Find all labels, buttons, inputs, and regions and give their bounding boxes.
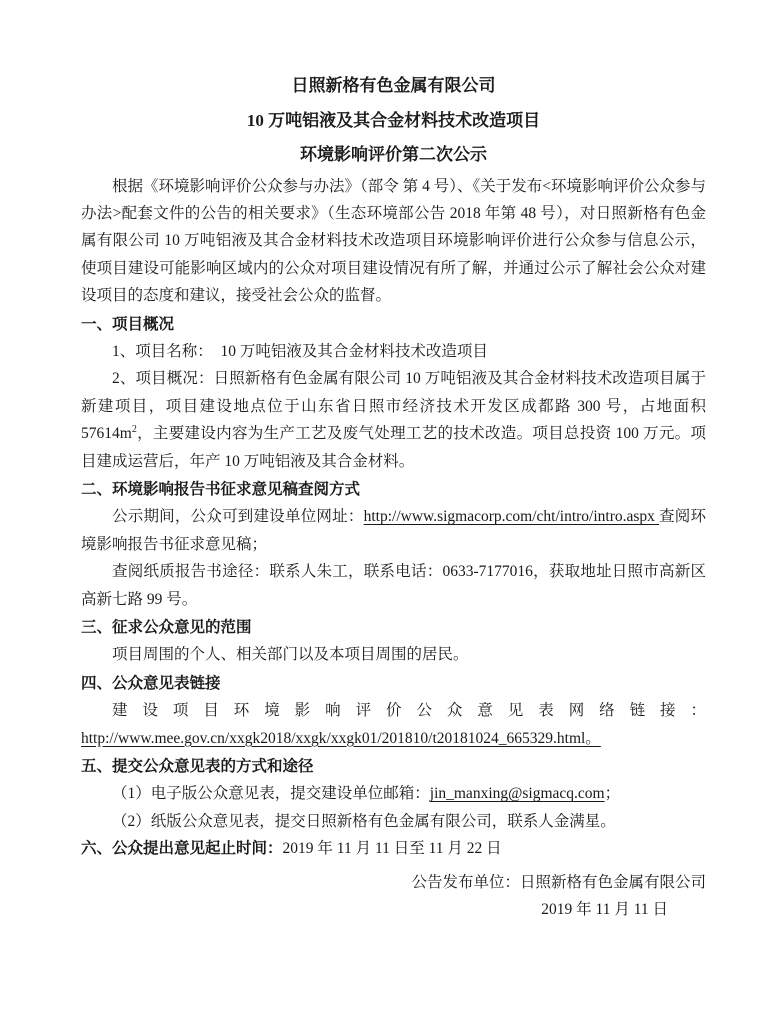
document-page: 日照新格有色金属有限公司 10 万吨铝液及其合金材料技术改造项目 环境影响评价第…: [0, 0, 768, 1018]
document-title-project: 10 万吨铝液及其合金材料技术改造项目: [81, 104, 706, 139]
contact-email-link[interactable]: jin_manxing@sigmacq.com: [430, 785, 605, 802]
section-2-online-access-paragraph: 公示期间，公众可到建设单位网址：http://www.sigmacorp.com…: [81, 503, 706, 558]
section-5-item-paper: （2）纸版公众意见表，提交日照新格有色金属有限公司，联系人金满星。: [81, 808, 706, 835]
section-6-heading: 六、公众提出意见起止时间：: [81, 840, 283, 857]
section-1-heading: 一、项目概况: [81, 311, 706, 338]
mee-feedback-form-link[interactable]: http://www.mee.gov.cn/xxgk2018/xxgk/xxgk…: [81, 730, 601, 747]
section-4-link-line: http://www.mee.gov.cn/xxgk2018/xxgk/xxgk…: [81, 725, 706, 752]
publish-date-line: 2019 年 11 月 11 日: [81, 896, 706, 923]
section-4-link-label: 建设项目环境影响评价公众意见表网络链接：: [81, 697, 706, 724]
section-2-heading: 二、环境影响报告书征求意见稿查阅方式: [81, 476, 706, 503]
section-3-heading: 三、征求公众意见的范围: [81, 614, 706, 641]
section-2-paper-access-paragraph: 查阅纸质报告书途径：联系人朱工，联系电话：0633-7177016，获取地址日照…: [81, 558, 706, 613]
document-title-notice: 环境影响评价第二次公示: [81, 138, 706, 173]
section-5-item-electronic: （1）电子版公众意见表，提交建设单位邮箱：jin_manxing@sigmacq…: [81, 780, 706, 807]
intro-paragraph: 根据《环境影响评价公众参与办法》（部令 第 4 号）、《关于发布<环境影响评价公…: [81, 173, 706, 310]
section-6-line: 六、公众提出意见起止时间：2019 年 11 月 11 日至 11 月 22 日: [81, 835, 706, 862]
section-3-scope-paragraph: 项目周围的个人、相关部门以及本项目周围的居民。: [81, 641, 706, 668]
company-website-link[interactable]: http://www.sigmacorp.com/cht/intro/intro…: [364, 508, 659, 525]
section-4-heading: 四、公众意见表链接: [81, 670, 706, 697]
document-title-company: 日照新格有色金属有限公司: [81, 69, 706, 104]
online-access-text: 公示期间，公众可到建设单位网址：: [112, 508, 364, 525]
section-6-date-range: 2019 年 11 月 11 日至 11 月 22 日: [283, 840, 502, 857]
electronic-form-text: （1）电子版公众意见表，提交建设单位邮箱：: [112, 785, 430, 802]
electronic-form-text-end: ；: [605, 785, 621, 802]
project-overview-text-continued: ，主要建设内容为生产工艺及废气处理工艺的技术改造。项目总投资 100 万元。项目…: [81, 425, 706, 469]
publisher-line: 公告发布单位：日照新格有色金属有限公司: [81, 869, 706, 896]
section-5-heading: 五、提交公众意见表的方式和途径: [81, 753, 706, 780]
section-1-item-project-name: 1、项目名称： 10 万吨铝液及其合金材料技术改造项目: [81, 338, 706, 365]
section-1-item-project-overview: 2、项目概况：日照新格有色金属有限公司 10 万吨铝液及其合金材料技术改造项目属…: [81, 365, 706, 475]
